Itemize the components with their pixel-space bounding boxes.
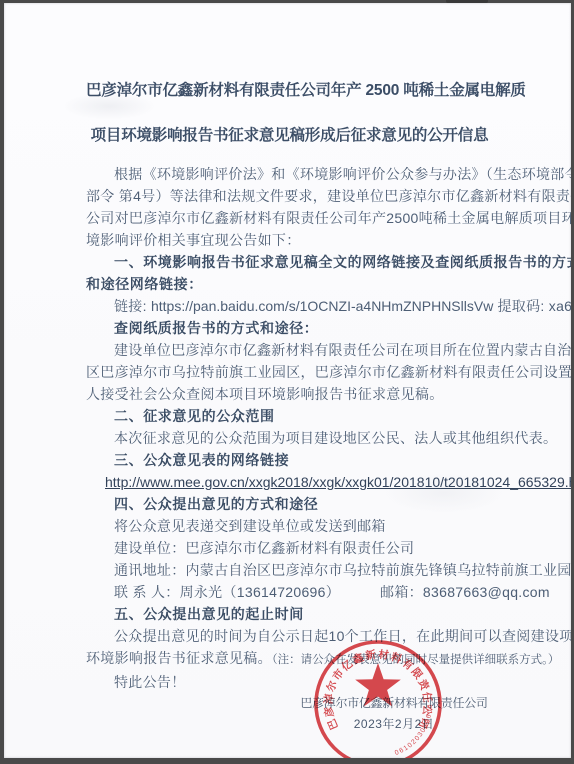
text-span: 提取码: xa6t [493,298,571,314]
paragraph-line: 境影响评价相关事宜现公告如下： [86,229,493,251]
section-1-heading-cont: 和途径网络链接： [86,273,493,295]
text-span: 通讯地址：内蒙古自治区巴彦淖尔市乌拉特前旗先锋镇乌拉特前旗工业园区 [114,562,571,578]
section-1-heading: 一、环境影响报告书征求意见稿全文的网络链接及查阅纸质报告书的方式 [86,251,493,273]
mee-form-link[interactable]: http://www.mee.gov.cn/xxgk2018/xxgk/xxgk… [105,474,571,490]
text-span: 人接受社会公众查阅本项目环境影响报告书征求意见稿。 [86,386,444,402]
document-title-line-1: 巴彦淖尔市亿鑫新材料有限责任公司年产 2500 吨稀土金属电解质 [86,73,493,108]
pan-link-line: 链接: https://pan.baidu.com/s/1OCNZI-a4NHm… [86,295,493,317]
paragraph-line: 根据《环境影响评价法》和《环境影响评价公众参与办法》（生态环境部令， [86,163,493,185]
section-4-heading: 四、公众提出意见的方式和途径 [86,493,493,515]
text-span: 四、公众提出意见的方式和途径 [114,496,318,512]
star-icon [355,663,401,706]
contact-email: 邮箱：83687663@qq.com [380,584,550,600]
construction-unit-line: 建设单位：巴彦淖尔市亿鑫新材料有限责任公司 [86,537,493,559]
paragraph-line: 区巴彦淖尔市乌拉特前旗工业园区，巴彦淖尔市亿鑫新材料有限责任公司设置专 [86,361,493,383]
scanned-document: { "content": { "title1": "巴彦淖尔市亿鑫新材料有限责任… [0,0,574,764]
text-span: 联 系 人：周永光（13614720696） [114,584,340,600]
text-span: 五、公众提出意见的起止时间 [114,606,304,622]
section-3-heading: 三、公众意见表的网络链接 [86,449,493,471]
subheading-paper-review: 查阅纸质报告书的方式和途径： [86,317,493,339]
section-5-heading: 五、公众提出意见的起止时间 [86,603,493,625]
announcement-body: 巴彦淖尔市亿鑫新材料有限责任公司年产 2500 吨稀土金属电解质 项目环境影响报… [86,73,493,693]
seal-code-text: 0610203010600 [394,703,434,757]
text-span: 建设单位巴彦淖尔市亿鑫新材料有限责任公司在项目所在位置内蒙古自治 [114,342,571,358]
section-2-heading: 二、征求意见的公众范围 [86,405,493,427]
text-span: 和途径网络链接： [86,276,203,292]
document-page: 巴彦淖尔市亿鑫新材料有限责任公司年产 2500 吨稀土金属电解质 项目环境影响报… [4,3,571,758]
text-span: 三、公众意见表的网络链接 [114,452,289,468]
text-span: 区巴彦淖尔市乌拉特前旗工业园区，巴彦淖尔市亿鑫新材料有限责任公司设置专 [86,364,571,380]
baidu-pan-link[interactable]: https://pan.baidu.com/s/1OCNZI-a4NHmZNPH… [151,298,493,314]
text-span: 将公众意见表递交到建设单位或发送到邮箱 [114,518,386,534]
company-seal: 巴彦淖尔市亿鑫新材料有限责任公司 0610203010600 [299,631,459,758]
paragraph-line: 公司对巴彦淖尔市亿鑫新材料有限责任公司年产2500吨稀土金属电解质项目环 [86,207,493,229]
document-title-line-2: 项目环境影响报告书征求意见稿形成后征求意见的公开信息 [86,118,493,153]
text-span: 查阅纸质报告书的方式和途径： [114,320,318,336]
paragraph-line: 将公众意见表递交到建设单位或发送到邮箱 [86,515,493,537]
scan-artifact-mark [446,0,488,3]
text-span: 特此公告！ [114,674,186,690]
text-span: 境影响评价相关事宜现公告如下： [86,232,301,248]
address-line: 通讯地址：内蒙古自治区巴彦淖尔市乌拉特前旗先锋镇乌拉特前旗工业园区 [86,559,493,581]
paragraph-line: 本次征求意见的公众范围为项目建设地区公民、法人或其他组织代表。 [86,427,493,449]
text-span: 部令 第4号）等法律和法规文件要求，建设单位巴彦淖尔市亿鑫新材料有限责任 [86,188,571,204]
text-span: 根据《环境影响评价法》和《环境影响评价公众参与办法》（生态环境部令， [114,166,571,182]
text-span: 公司对巴彦淖尔市亿鑫新材料有限责任公司年产2500吨稀土金属电解质项目环 [86,210,571,226]
text-span: 本次征求意见的公众范围为项目建设地区公民、法人或其他组织代表。 [114,430,557,446]
paragraph-line: 部令 第4号）等法律和法规文件要求，建设单位巴彦淖尔市亿鑫新材料有限责任 [86,185,493,207]
text-span: 二、征求意见的公众范围 [114,408,275,424]
text-span: 一、环境影响报告书征求意见稿全文的网络链接及查阅纸质报告书的方式 [114,254,571,270]
body-lines: 根据《环境影响评价法》和《环境影响评价公众参与办法》（生态环境部令，部令 第4号… [86,163,493,693]
text-span: 链接: [114,298,151,314]
mee-link-line: http://www.mee.gov.cn/xxgk2018/xxgk/xxgk… [86,471,493,493]
contact-line: 联 系 人：周永光（13614720696）邮箱：83687663@qq.com [86,581,493,603]
paragraph-line: 建设单位巴彦淖尔市亿鑫新材料有限责任公司在项目所在位置内蒙古自治 [86,339,493,361]
text-span: 环境影响报告书征求意见稿。 [86,650,272,666]
text-span: 建设单位：巴彦淖尔市亿鑫新材料有限责任公司 [114,540,414,556]
paragraph-line: 人接受社会公众查阅本项目环境影响报告书征求意见稿。 [86,383,493,405]
